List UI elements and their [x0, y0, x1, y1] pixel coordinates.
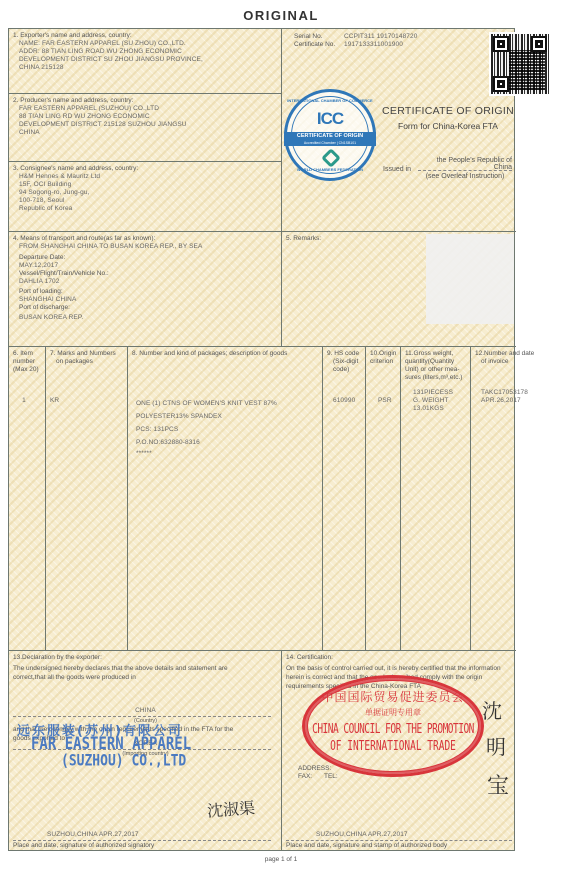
header-origin: criterion — [370, 358, 400, 366]
certificate-number-label: Certificate No. — [294, 41, 336, 49]
icc-logo-icon: INTERNATIONAL CHAMBER OF COMMERCE ICC CE… — [284, 89, 376, 181]
consignee-line: 100-718, Seoul — [19, 197, 281, 205]
officer-signature-char: 沈 — [482, 695, 502, 724]
certificate-title: CERTIFICATE OF ORIGIN — [380, 105, 516, 117]
stamp-english-line: CHINA COUNCIL FOR THE PROMOTION — [305, 722, 481, 737]
tel-label: TEL: — [324, 773, 338, 781]
transport-box: 4. Means of transport and route(as far a… — [9, 232, 282, 347]
stamp-chinese-subtitle: 单据证明专用章 — [305, 707, 481, 718]
row-item-number: 1 — [13, 397, 45, 405]
header-marks: on packages — [50, 358, 127, 366]
exporter-line: NAME: FAR EASTERN APPAREL (SU ZHOU) CO.,… — [19, 40, 281, 48]
icc-arc-top: INTERNATIONAL CHAMBER OF COMMERCE — [287, 98, 373, 103]
consignee-line: 15F, OCI Building — [19, 181, 281, 189]
issued-in-label: Issued in — [383, 166, 411, 173]
producer-line: CHINA — [19, 129, 281, 137]
row-weight-line: 131PIECESS — [413, 389, 470, 397]
company-stamp-english: (SUZHOU) CO.,LTD — [61, 753, 186, 771]
exporter-signature: 沈淑渠 — [206, 795, 256, 821]
header-item: (Max 20) — [13, 366, 45, 374]
header-origin: 10.Origin — [370, 350, 400, 358]
exporter-line: CHINA 215128 — [19, 64, 281, 72]
departure-label: Departure Date: — [19, 254, 281, 262]
route-value: FROM SHANGHAI CHINA TO BUSAN KOREA REP.,… — [19, 243, 281, 251]
loading-value: SHANGHAI CHINA — [19, 296, 281, 304]
header-invoice: 12.Number and date — [475, 350, 516, 358]
header-marks: 7. Marks and Numbers — [50, 350, 127, 358]
overleaf-note: (see Overleaf Instruction) — [418, 173, 512, 180]
officer-signature-char: 明 — [486, 731, 506, 760]
loading-label: Port of loading: — [19, 288, 281, 296]
row-description-line: ****** — [136, 449, 322, 459]
producing-country-value: CHINA — [9, 707, 282, 715]
issued-in-value: the People's Republic of China — [420, 157, 512, 171]
icc-band: CERTIFICATE OF ORIGIN Accredited Chamber… — [284, 132, 376, 146]
certificate-number-value: 1917133311001900 — [344, 41, 403, 49]
col-item: 6. Item number (Max 20) 1 — [9, 347, 46, 650]
fax-label: FAX: — [298, 773, 312, 781]
page-number: page 1 of 1 — [0, 856, 562, 863]
vessel-label: Vessel/Flight/Train/Vehicle No.: — [19, 270, 281, 278]
discharge-label: Port of discharge: — [19, 304, 281, 312]
certifier-signatory-caption: Place and date, signature and stamp of a… — [286, 842, 447, 850]
row-marks: KR — [50, 397, 127, 405]
declaration-text: The undersigned hereby declares that the… — [13, 665, 228, 673]
producer-label: 2. Producer's name and address, country: — [13, 97, 281, 105]
header-hs: 9. HS code — [327, 350, 365, 358]
certification-box: 14. Certification: On the basis of contr… — [282, 651, 516, 851]
certification-label: 14. Certification: — [286, 654, 333, 662]
company-stamp-english: FAR EASTERN APPAREL — [31, 734, 191, 753]
row-hs-code: 610990 — [327, 397, 365, 405]
row-invoice-number: TAKC17053178 — [481, 389, 516, 397]
col-weight: 11.Gross weight, quantity(Quantity Unit)… — [401, 347, 471, 650]
row-description-line: PCS: 131PCS — [136, 423, 322, 436]
header-weight: Unit) or other mea- — [405, 366, 470, 374]
producer-line: DEVELOPMENT DISTRICT 215128 SUZHOU JIANG… — [19, 121, 281, 129]
row-origin-criterion: PSR — [370, 397, 400, 405]
exporter-label: 1. Exporter's name and address, country: — [13, 32, 281, 40]
consignee-box: 3. Consignee's name and address, country… — [9, 162, 282, 232]
icc-band-text: CERTIFICATE OF ORIGIN — [297, 133, 363, 139]
icc-band-subtext: Accredited Chamber | CN1SB101 — [284, 141, 376, 145]
col-description: 8. Number and kind of packages; descript… — [128, 347, 323, 650]
stamp-chinese-title: 中国国际贸易促进委员会 — [305, 688, 481, 705]
row-invoice-date: APR.26,2017 — [481, 397, 516, 405]
remarks-blank-area — [426, 234, 514, 324]
serial-value: CCPIT311 19170148720 — [344, 33, 417, 41]
exporter-declaration-box: 13.Declaration by the exporter: The unde… — [9, 651, 282, 851]
col-origin: 10.Origin criterion PSR — [366, 347, 401, 650]
col-hs-code: 9. HS code (Six-digit code) 610990 — [323, 347, 366, 650]
stamp-english-line: OF INTERNATIONAL TRADE — [305, 739, 481, 754]
producer-line: FAR EASTERN APPAREL (SUZHOU) CO.,LTD — [19, 105, 281, 113]
serial-label: Serial No. — [294, 33, 336, 41]
row-description-line: P.O.NO:632880-8316 — [136, 436, 322, 449]
header-weight: 11.Gross weight, — [405, 350, 470, 358]
qr-code-icon — [489, 32, 551, 96]
row-weight-line: 13.01KGS — [413, 405, 470, 413]
officer-signature-char: 宝 — [487, 769, 509, 800]
row-description-line: ONE (1) CTNS OF WOMEN'S KNIT VEST 87% — [136, 397, 322, 410]
exporter-line: DEVELOPMENT DISTRICT SU ZHOU JIANGSU PRO… — [19, 56, 281, 64]
vessel-value: DAHLIA 1702 — [19, 278, 281, 286]
exporter-line: ADDR: 88 TIAN LING ROAD WU ZHONG ECONOMI… — [19, 48, 281, 56]
row-weight-line: G. WEIGHT — [413, 397, 470, 405]
consignee-line: Republic of Korea — [19, 205, 281, 213]
discharge-value: BUSAN KOREA REP. — [19, 314, 281, 322]
ccpit-official-stamp: 中国国际贸易促进委员会 单据证明专用章 CHINA COUNCIL FOR TH… — [302, 675, 484, 777]
exporter-signatory-caption: Place and date, signature of authorized … — [13, 842, 154, 850]
goods-table: 6. Item number (Max 20) 1 7. Marks and N… — [9, 347, 516, 651]
icc-letters: ICC — [287, 109, 373, 129]
icc-arc-bottom: WORLD CHAMBERS FEDERATION — [287, 167, 373, 172]
declaration-label: 13.Declaration by the exporter: — [13, 654, 102, 662]
certificate-number-row: Certificate No. 1917133311001900 — [294, 41, 417, 49]
producer-box: 2. Producer's name and address, country:… — [9, 94, 282, 162]
transport-label: 4. Means of transport and route(as far a… — [13, 235, 281, 243]
serial-row: Serial No. CCPIT311 19170148720 — [294, 33, 417, 41]
header-invoice: of invoice — [475, 358, 516, 366]
header-description: 8. Number and kind of packages; descript… — [132, 350, 322, 358]
exporter-place-date: SUZHOU,CHINA APR.27,2017 — [47, 831, 139, 839]
consignee-line: H&M Hennes & Mauritz Ltd — [19, 173, 281, 181]
header-weight: quantity(Quantity — [405, 358, 470, 366]
producer-line: 88 TIAN LING RD WU ZHONG ECONOMIC — [19, 113, 281, 121]
certifier-place-date: SUZHOU,CHINA APR.27,2017 — [316, 831, 408, 839]
consignee-label: 3. Consignee's name and address, country… — [13, 165, 281, 173]
header-item: number — [13, 358, 45, 366]
certificate-subtitle: Form for China-Korea FTA — [380, 121, 516, 131]
exporter-box: 1. Exporter's name and address, country:… — [9, 29, 282, 94]
remarks-box: 5. Remarks: — [282, 232, 516, 347]
departure-value: MAY.12,2017 — [19, 262, 281, 270]
header-item: 6. Item — [13, 350, 45, 358]
certificate-header-box: Serial No. CCPIT311 19170148720 Certific… — [282, 29, 516, 232]
address-label: ADDRESS: — [298, 765, 331, 773]
document-title: ORIGINAL — [0, 8, 562, 23]
certification-text: On the basis of control carried out, it … — [286, 665, 501, 673]
header-weight: sures (liters,m³,etc.) — [405, 374, 470, 382]
header-hs: code) — [327, 366, 365, 374]
row-description-line: POLYESTER13% SPANDEX — [136, 410, 322, 423]
col-marks: 7. Marks and Numbers on packages KR — [46, 347, 128, 650]
consignee-line: 94 Sogong-ro, Jung-gu, — [19, 189, 281, 197]
certificate-form: 1. Exporter's name and address, country:… — [8, 28, 515, 851]
declaration-text: correct,that all the goods were produced… — [13, 674, 136, 682]
col-invoice: 12.Number and date of invoice TAKC170531… — [471, 347, 516, 650]
header-hs: (Six-digit — [327, 358, 365, 366]
